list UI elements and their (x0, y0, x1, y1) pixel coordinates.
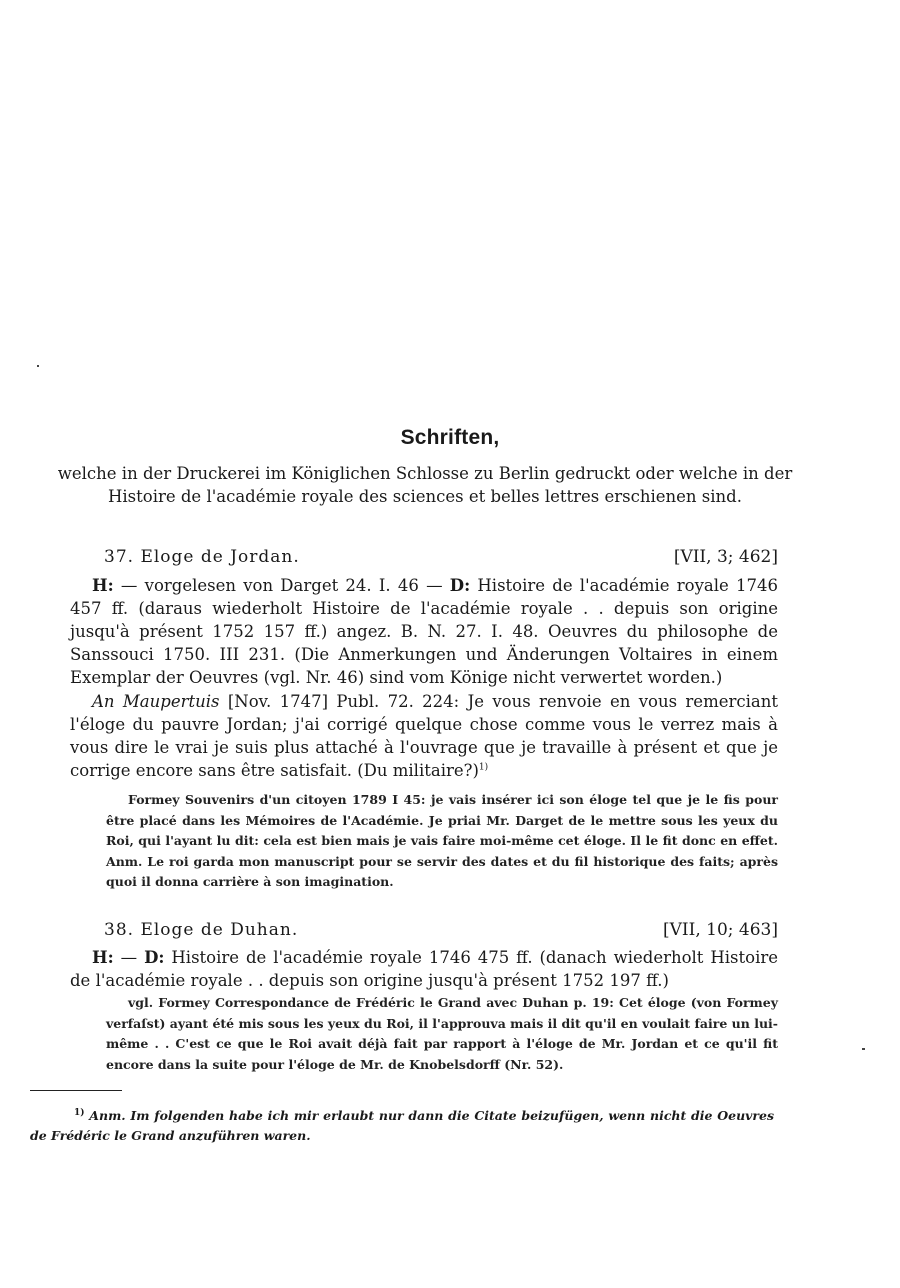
scan-speck (862, 1048, 865, 1050)
subheading-line-2: Histoire de l'académie royale des scienc… (30, 485, 820, 508)
d-label: D: (450, 576, 470, 595)
entry-reference: [VII, 3; 462] (674, 547, 778, 567)
entry-38-note: vgl. Formey Correspondance de Frédéric l… (106, 993, 778, 1075)
entry-37-history: H: — vorgelesen von Darget 24. I. 46 — D… (70, 574, 778, 689)
section-subheading: welche in der Druckerei im Königlichen S… (30, 462, 820, 508)
entry-38-history: H: — D: Histoire de l'académie royale 17… (70, 946, 778, 992)
entry-reference: [VII, 10; 463] (663, 920, 778, 940)
entry-title: 38. Eloge de Duhan. (104, 920, 298, 940)
entry-37-letter: An Maupertuis [Nov. 1747] Publ. 72. 224:… (70, 690, 778, 782)
scan-speck (37, 365, 39, 367)
footnote-marker[interactable]: 1) (479, 763, 488, 773)
entry-37-note: Formey Souvenirs d'un citoyen 1789 I 45:… (106, 790, 778, 893)
footnote-divider (30, 1090, 122, 1091)
entry-title: 37. Eloge de Jordan. (104, 547, 300, 567)
entry-header-37: 37. Eloge de Jordan. [VII, 3; 462] (104, 547, 778, 567)
section-heading: Schriften, (0, 426, 900, 450)
footnote: 1) Anm. Im folgenden habe ich mir erlaub… (30, 1106, 774, 1146)
h-label: H: (92, 576, 114, 595)
footnote-text: Anm. Im folgenden habe ich mir erlaubt n… (30, 1108, 774, 1143)
entry-header-38: 38. Eloge de Duhan. [VII, 10; 463] (104, 920, 778, 940)
subheading-line-1: welche in der Druckerei im Königlichen S… (30, 462, 820, 485)
letter-recipient: An Maupertuis (92, 692, 219, 711)
footnote-number: 1) (74, 1108, 85, 1118)
h-label: H: (92, 948, 114, 967)
d-label: D: (144, 948, 164, 967)
